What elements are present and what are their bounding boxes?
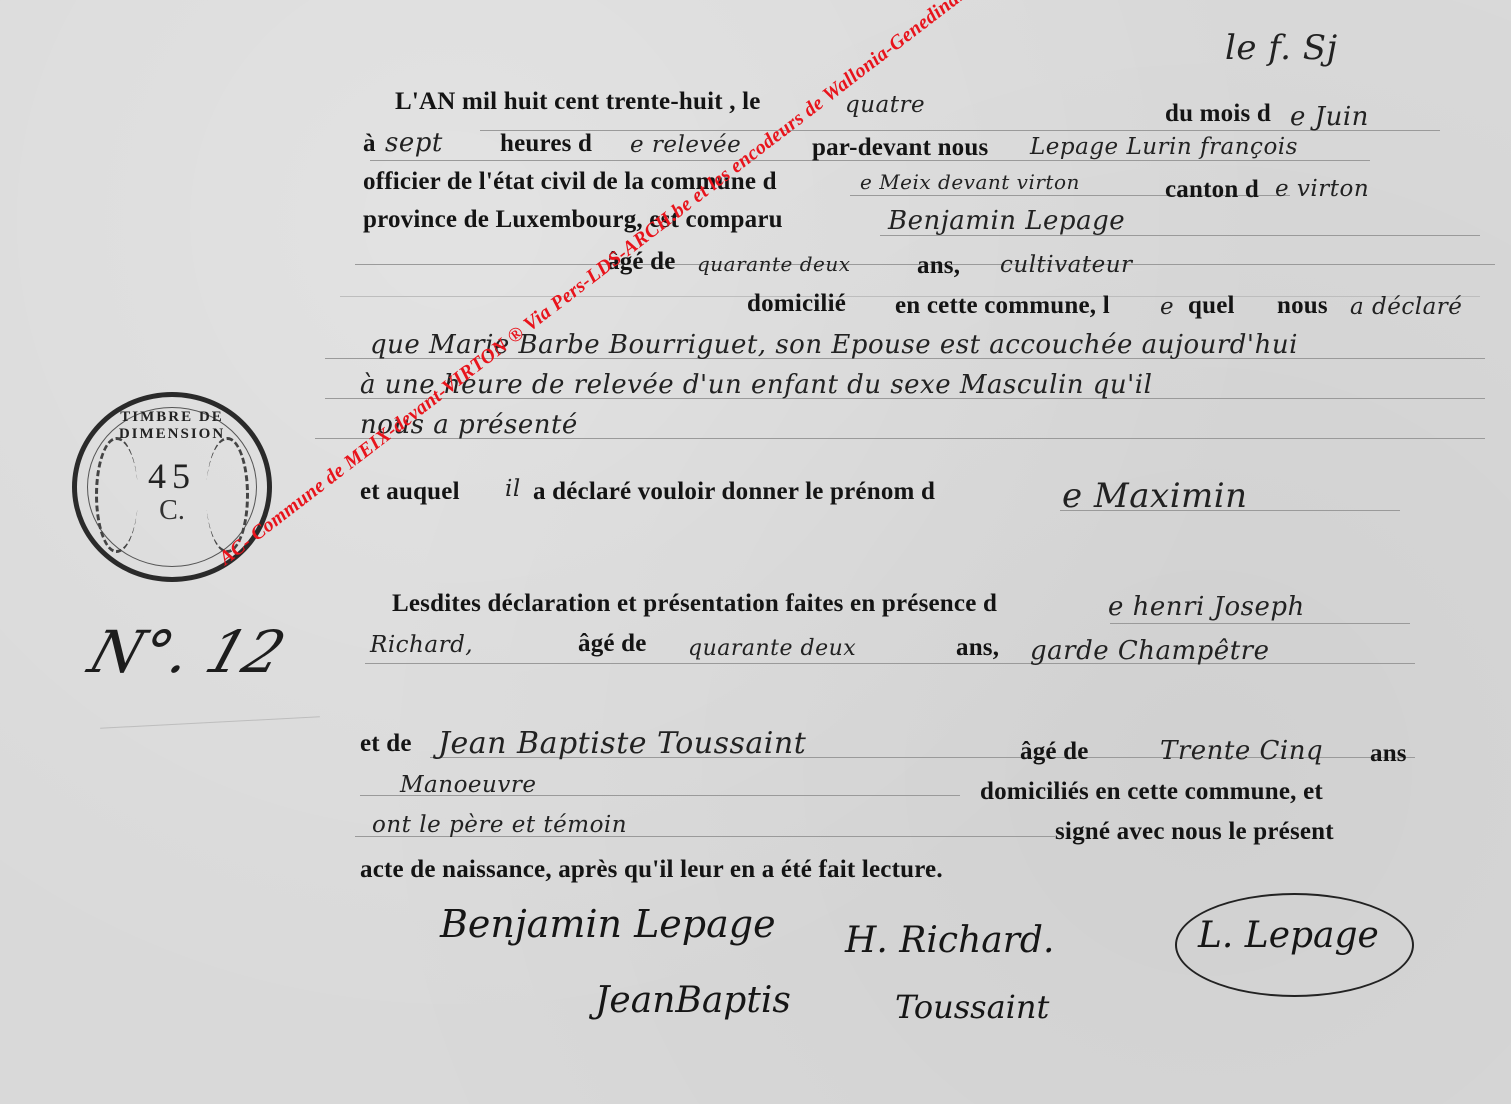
printed-text: heures d <box>500 130 592 158</box>
signature-father: Benjamin Lepage <box>440 902 776 946</box>
printed-text: ans, <box>956 634 999 662</box>
handwritten-text: e <box>1160 294 1174 320</box>
handwritten-given-name: e Maximin <box>1062 476 1248 516</box>
handwritten-commune: e Meix devant virton <box>860 170 1080 194</box>
printed-text: canton d <box>1165 176 1259 204</box>
corner-annotation: le f. Sj <box>1225 28 1338 68</box>
signature-witness1: H. Richard. <box>845 920 1054 961</box>
handwritten-text: ont le père et témoin <box>372 812 627 838</box>
handwritten-age: Trente Cinq <box>1160 736 1323 766</box>
printed-text: en cette commune, l <box>895 292 1110 320</box>
printed-text: a déclaré vouloir donner le prénom d <box>533 478 935 506</box>
printed-text: province de Luxembourg, est comparu <box>363 206 783 234</box>
handwritten-canton: e virton <box>1275 176 1369 202</box>
printed-text: et de <box>360 730 412 758</box>
printed-text: nous <box>1277 292 1328 320</box>
stamp-unit: C. <box>77 495 267 527</box>
scanned-birth-certificate: le f. Sj L'AN mil huit cent trente-huit … <box>0 0 1511 1104</box>
printed-text: à <box>363 130 376 158</box>
handwritten-day: quatre <box>845 92 925 118</box>
handwritten-month: e Juin <box>1290 102 1369 132</box>
handwritten-text: il <box>505 476 521 502</box>
printed-text: domiciliés en cette commune, et <box>980 778 1323 806</box>
printed-text: L'AN mil huit cent trente-huit , le <box>395 88 761 116</box>
printed-text: ans <box>1370 740 1407 768</box>
handwritten-age: quarante deux <box>688 636 856 661</box>
handwritten-profession: garde Champêtre <box>1030 636 1269 666</box>
signature-witness2-first: JeanBaptis <box>595 980 791 1021</box>
printed-text: Lesdites déclaration et présentation fai… <box>392 590 997 618</box>
signature-officer: L. Lepage <box>1198 915 1379 956</box>
printed-text: du mois d <box>1165 100 1271 128</box>
printed-text: ans, <box>917 252 960 280</box>
handwritten-officer-name: Lepage Lurin françois <box>1030 134 1298 160</box>
stamp-value: 45 <box>77 455 267 497</box>
printed-text: et auquel <box>360 478 460 506</box>
handwritten-age: quarante deux <box>697 252 851 276</box>
printed-text: domicilié <box>747 290 846 318</box>
handwritten-hour: sept <box>385 128 443 158</box>
printed-text: signé avec nous le présent <box>1055 818 1334 846</box>
printed-text: âgé de <box>578 630 647 658</box>
handwritten-witness1: e henri Joseph <box>1108 592 1305 622</box>
handwritten-time: e relevée <box>630 132 741 158</box>
printed-text: par-devant nous <box>812 134 988 162</box>
signature-witness2-last: Toussaint <box>895 988 1049 1026</box>
rule-line <box>100 716 320 729</box>
handwritten-witness1: Richard, <box>370 632 473 658</box>
rule-line <box>1110 623 1410 624</box>
printed-text: quel <box>1188 292 1235 320</box>
acte-number: N°. 12 <box>81 618 294 686</box>
handwritten-profession: Manoeuvre <box>400 772 536 798</box>
printed-text: âgé de <box>1020 738 1089 766</box>
handwritten-declarant: Benjamin Lepage <box>888 206 1125 236</box>
handwritten-witness2: Jean Baptiste Toussaint <box>438 726 806 761</box>
printed-text: acte de naissance, après qu'il leur en a… <box>360 856 943 884</box>
handwritten-text: a déclaré <box>1350 294 1462 320</box>
handwritten-profession: cultivateur <box>1000 252 1133 278</box>
stamp-label: TIMBRE DE DIMENSION <box>77 409 267 443</box>
